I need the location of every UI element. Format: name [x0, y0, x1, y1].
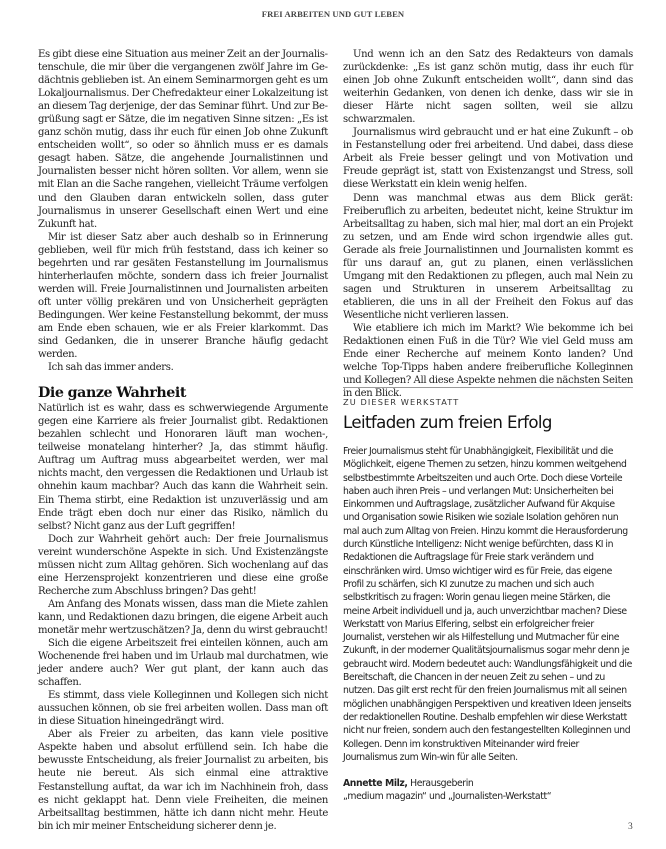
paragraph: Journalismus wird gebraucht und er hat e…	[343, 126, 633, 191]
signature-name: Annette Milz,	[343, 778, 408, 789]
right-column: Und wenn ich an den Satz des Redakteurs …	[343, 48, 633, 400]
section-heading: Die ganze Wahrheit	[38, 385, 328, 401]
box-kicker: ZU DIESER WERKSTATT	[343, 397, 633, 407]
left-column: Es gibt diese eine Situation aus meiner …	[38, 48, 328, 833]
paragraph: Und wenn ich an den Satz des Redakteurs …	[343, 48, 633, 126]
paragraph: Denn was manchmal etwas aus dem Blick ge…	[343, 192, 633, 322]
paragraph: Doch zur Wahrheit gehört auch: Der freie…	[38, 533, 328, 598]
paragraph: Ich sah das immer anders.	[38, 361, 328, 374]
signature: Annette Milz, Herausgeberin „medium maga…	[343, 777, 633, 803]
paragraph: Am Anfang des Monats wissen, dass man di…	[38, 598, 328, 637]
paragraph: Natürlich ist es wahr, dass es schwerwie…	[38, 402, 328, 532]
sidebar-box: ZU DIESER WERKSTATT Leitfaden zum freien…	[343, 387, 633, 803]
box-body: Freier Journalismus steht für Unabhängig…	[343, 445, 633, 764]
paragraph: Mir ist dieser Satz aber auch deshalb so…	[38, 231, 328, 361]
paragraph: Es stimmt, dass viele Kolleginnen und Ko…	[38, 689, 328, 728]
page-number: 3	[628, 822, 633, 832]
paragraph: Aber als Freier zu arbeiten, das kann vi…	[38, 728, 328, 832]
running-head: FREI ARBEITEN UND GUT LEBEN	[0, 9, 666, 19]
paragraph: Es gibt diese eine Situation aus meiner …	[38, 48, 328, 231]
paragraph: Sich die eigene Arbeitszeit frei einteil…	[38, 637, 328, 689]
box-title: Leitfaden zum freien Erfolg	[343, 413, 633, 433]
signature-publications: „medium magazin“ und „Journalisten-Werks…	[343, 791, 551, 802]
signature-role: Herausgeberin	[408, 778, 474, 789]
